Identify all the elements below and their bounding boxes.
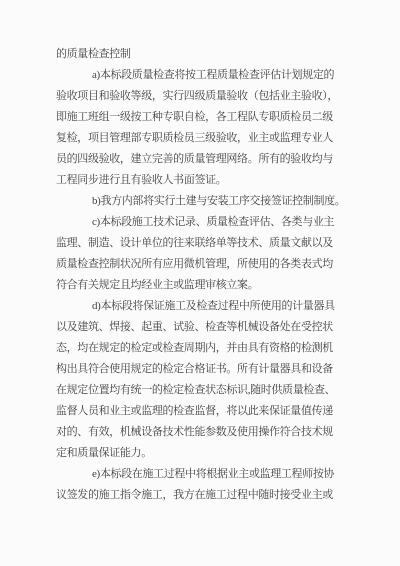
text-column: 的质量检查控制 a)本标段质量检查将按工程质量检查评估计划规定的 验收项目和验收… [56,44,348,506]
text-line: 监理、制造、设计单位的往来联络单等技术、质量文献以及 [56,233,348,254]
text-line: 工程同步进行且有验收人书面签证。 [56,170,348,191]
text-line: 监督人员和业主或监理的检查监督，将以此来保证量值传递 [56,401,348,422]
text-line: 质量检查控制状况所有应用微机管理，所使用的各类表式均 [56,254,348,275]
text-line: 对的、有效，机械设备技术性能参数及使用操作符合技术规 [56,422,348,443]
text-line: b)我方内部将实行土建与安装工序交接签证控制制度。 [56,191,348,212]
text-line: 符合有关规定且均经业主或监理审核立案。 [56,275,348,296]
text-line: 即施工班组一级按工种专职自检，各工程队专职质检员二级 [56,107,348,128]
text-line: d)本标段将保证施工及检查过程中所使用的计量器具 [56,296,348,317]
text-line: 验收项目和验收等级，实行四级质量验收（包括业主验收）， [56,86,348,107]
text-line: 态，均在规定的检定或检查周期内，并由具有资格的检测机 [56,338,348,359]
text-line: 议签发的施工指令施工，我方在施工过程中随时接受业主或 [56,485,348,506]
text-line: 定和质量保证能力。 [56,443,348,464]
text-line: 在规定位置均有统一的检定检查状态标识,随时供质量检查、 [56,380,348,401]
text-line: 构出具符合使用规定的检定合格证书。所有计量器具和设备 [56,359,348,380]
text-line: 的质量检查控制 [56,44,348,65]
document-page: 的质量检查控制 a)本标段质量检查将按工程质量检查评估计划规定的 验收项目和验收… [0,0,400,566]
text-line: 以及建筑、焊接、起重、试验、检查等机械设备处在受控状 [56,317,348,338]
text-line: c)本标段施工技术记录、质量检查评估、各类与业主 [56,212,348,233]
text-line: a)本标段质量检查将按工程质量检查评估计划规定的 [56,65,348,86]
text-line: 员的四级验收，建立完善的质量管理网络。所有的验收均与 [56,149,348,170]
text-line: 复检，项目管理部专职质检员三级验收，业主或监理专业人 [56,128,348,149]
text-line: e)本标段在施工过程中将根据业主或监理工程师按协 [56,464,348,485]
